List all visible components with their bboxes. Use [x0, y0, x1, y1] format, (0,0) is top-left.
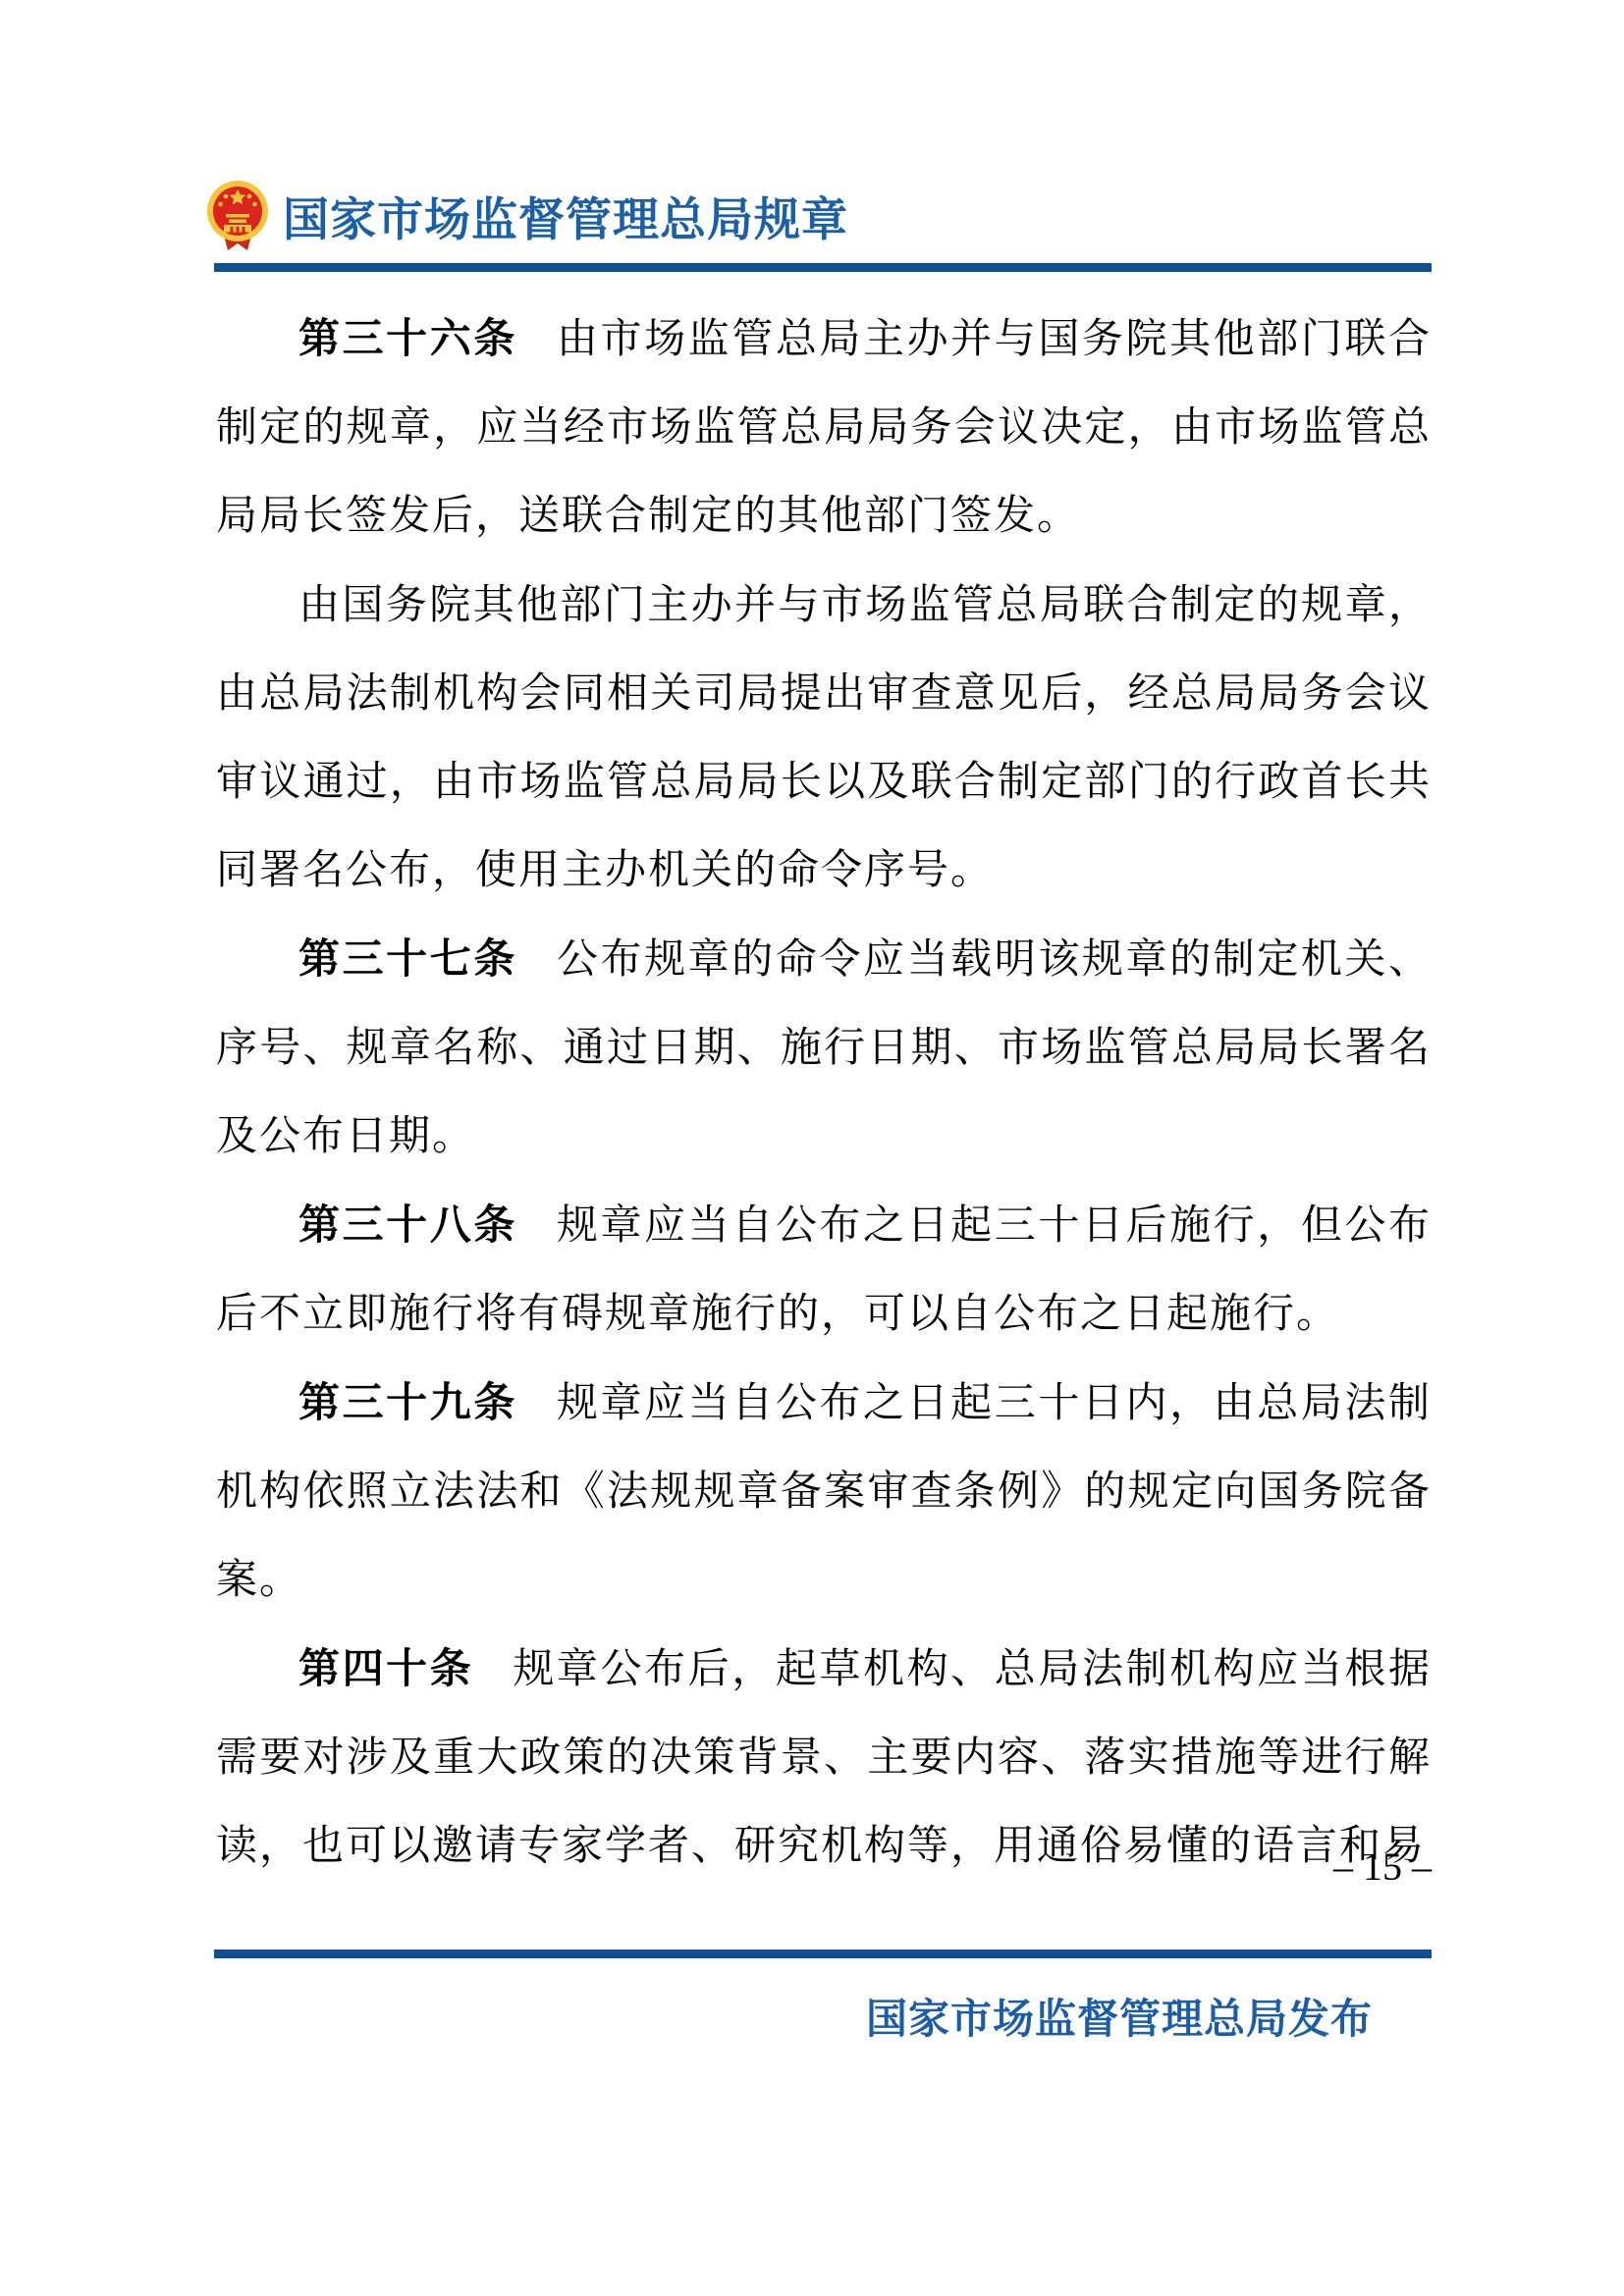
paragraph-article-36: 第三十六条由市场监管总局主办并与国务院其他部门联合制定的规章，应当经市场监管总局…: [216, 294, 1432, 561]
paragraph-article-39: 第三十九条规章应当自公布之日起三十日内，由总局法制机构依照立法法和《法规规章备案…: [216, 1359, 1432, 1625]
document-body: 第三十六条由市场监管总局主办并与国务院其他部门联合制定的规章，应当经市场监管总局…: [216, 294, 1432, 1891]
article-number: 第四十条: [298, 1645, 473, 1691]
paragraph-article-37: 第三十七条公布规章的命令应当载明该规章的制定机关、序号、规章名称、通过日期、施行…: [216, 915, 1432, 1181]
publisher-label: 国家市场监督管理总局发布: [214, 1987, 1373, 2046]
article-number: 第三十六条: [298, 315, 517, 361]
header-divider: [214, 263, 1432, 272]
china-national-emblem-icon: [206, 179, 269, 253]
page-header: 国家市场监督管理总局规章: [206, 179, 848, 253]
paragraph-text: 由国务院其他部门主办并与市场监管总局联合制定的规章，由总局法制机构会同相关司局提…: [216, 583, 1432, 893]
paragraph-article-36-cont: 由国务院其他部门主办并与市场监管总局联合制定的规章，由总局法制机构会同相关司局提…: [216, 561, 1432, 915]
page-number: – 15 –: [214, 1843, 1432, 1890]
page-title: 国家市场监督管理总局规章: [283, 184, 848, 249]
article-number: 第三十九条: [298, 1379, 517, 1425]
paragraph-article-38: 第三十八条规章应当自公布之日起三十日后施行，但公布后不立即施行将有碍规章施行的，…: [216, 1181, 1432, 1359]
article-number: 第三十八条: [298, 1201, 517, 1248]
footer-divider: [214, 1949, 1432, 1958]
document-page: 国家市场监督管理总局规章 第三十六条由市场监管总局主办并与国务院其他部门联合制定…: [0, 0, 1624, 2296]
article-number: 第三十七条: [298, 935, 517, 982]
